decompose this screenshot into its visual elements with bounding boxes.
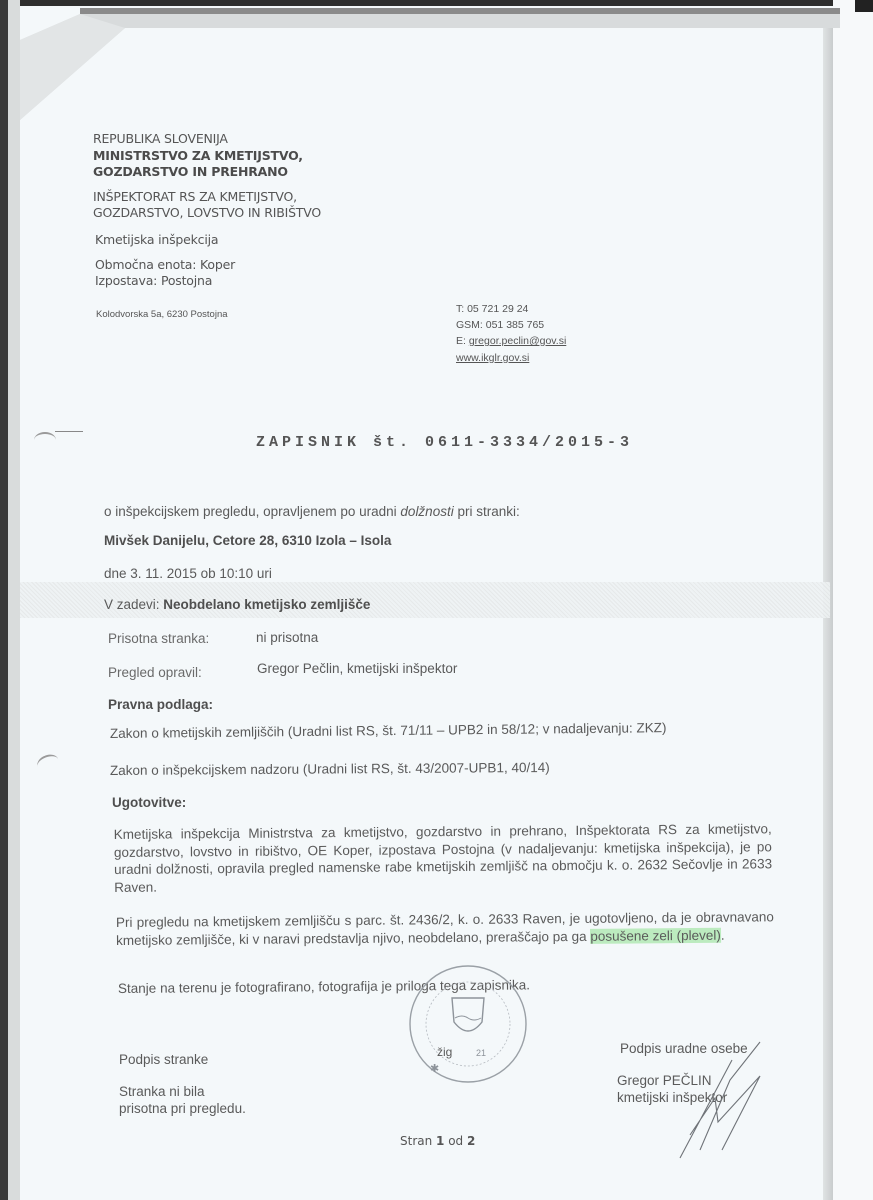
record-date: dne 3. 11. 2015 ob 10:10 uri <box>104 566 272 581</box>
inspector-label: Pregled opravil: <box>108 665 202 680</box>
intro-text-end: pri stranki: <box>454 504 520 519</box>
inspector-value: Gregor Pečlin, kmetijski inšpektor <box>257 661 457 676</box>
findings-heading: Ugotovitve: <box>112 795 186 810</box>
contact-web-link[interactable]: www.ikglr.gov.si <box>456 352 529 364</box>
stamp-label: žig <box>437 1045 452 1059</box>
header-unit: Kmetijska inšpekcija <box>95 232 218 247</box>
page-number: Stran 1 od 2 <box>400 1134 475 1148</box>
header-office: Izpostava: Postojna <box>95 273 212 288</box>
party-signature-label: Podpis stranke <box>119 1052 208 1067</box>
highlighted-text: posušene zeli (plevel) <box>590 927 721 943</box>
official-stamp: 21 ✱ <box>402 960 532 1088</box>
contact-email-row: E: gregor.peclin@gov.si <box>456 334 566 349</box>
handwritten-signature <box>660 1040 770 1160</box>
header-region: Območna enota: Koper <box>95 257 235 272</box>
present-value: ni prisotna <box>256 630 318 645</box>
finding-2-end: . <box>721 927 725 942</box>
svg-text:21: 21 <box>476 1048 486 1058</box>
coat-of-arms-icon <box>452 998 484 1031</box>
header-ministry-2: GOZDARSTVO IN PREHRANO <box>93 164 288 179</box>
present-label: Prisotna stranka: <box>108 631 209 646</box>
header-country: REPUBLIKA SLOVENIJA <box>93 131 228 146</box>
header-inspectorate-2: GOZDARSTVO, LOVSTVO IN RIBIŠTVO <box>93 205 321 220</box>
contact-email-label: E: <box>456 335 469 347</box>
subject-value: Neobdelano kmetijsko zemljišče <box>163 597 370 612</box>
legal-basis-1: Zakon o kmetijskih zemljiščih (Uradni li… <box>110 720 667 741</box>
page-prefix: Stran <box>400 1134 436 1148</box>
header-address: Kolodvorska 5a, 6230 Postojna <box>96 309 228 320</box>
record-party: Mivšek Danijelu, Cetore 28, 6310 Izola –… <box>104 533 391 548</box>
finding-paragraph-1: Kmetijska inšpekcija Ministrstva za kmet… <box>114 820 773 896</box>
document-page: REPUBLIKA SLOVENIJA MINISTRSTVO ZA KMETI… <box>0 0 873 1200</box>
party-note-2: prisotna pri pregledu. <box>119 1101 246 1116</box>
contact-gsm: GSM: 051 385 765 <box>456 318 544 333</box>
subject-label: V zadevi: <box>104 597 163 612</box>
page-total: 2 <box>467 1134 475 1148</box>
contact-web-row: www.ikglr.gov.si <box>456 351 529 366</box>
header-ministry-1: MINISTRSTVO ZA KMETIJSTVO, <box>93 148 303 163</box>
header-inspectorate-1: INŠPEKTORAT RS ZA KMETIJSTVO, <box>93 189 297 204</box>
record-title: ZAPISNIK št. 0611-3334/2015-3 <box>256 434 633 451</box>
party-note-1: Stranka ni bila <box>119 1084 205 1099</box>
contact-email-link[interactable]: gregor.peclin@gov.si <box>469 335 566 347</box>
page-mid: od <box>444 1134 467 1148</box>
legal-basis-2: Zakon o inšpekcijskem nadzoru (Uradni li… <box>110 760 550 778</box>
legal-heading: Pravna podlaga: <box>108 697 213 712</box>
svg-text:✱: ✱ <box>430 1063 439 1075</box>
record-intro: o inšpekcijskem pregledu, opravljenem po… <box>104 504 520 519</box>
finding-paragraph-2: Pri pregledu na kmetijskem zemljišču s p… <box>116 908 774 949</box>
intro-italic: dolžnosti <box>400 504 453 519</box>
intro-text: o inšpekcijskem pregledu, opravljenem po… <box>104 504 400 519</box>
record-subject: V zadevi: Neobdelano kmetijsko zemljišče <box>104 597 370 612</box>
contact-phone: T: 05 721 29 24 <box>456 302 528 317</box>
